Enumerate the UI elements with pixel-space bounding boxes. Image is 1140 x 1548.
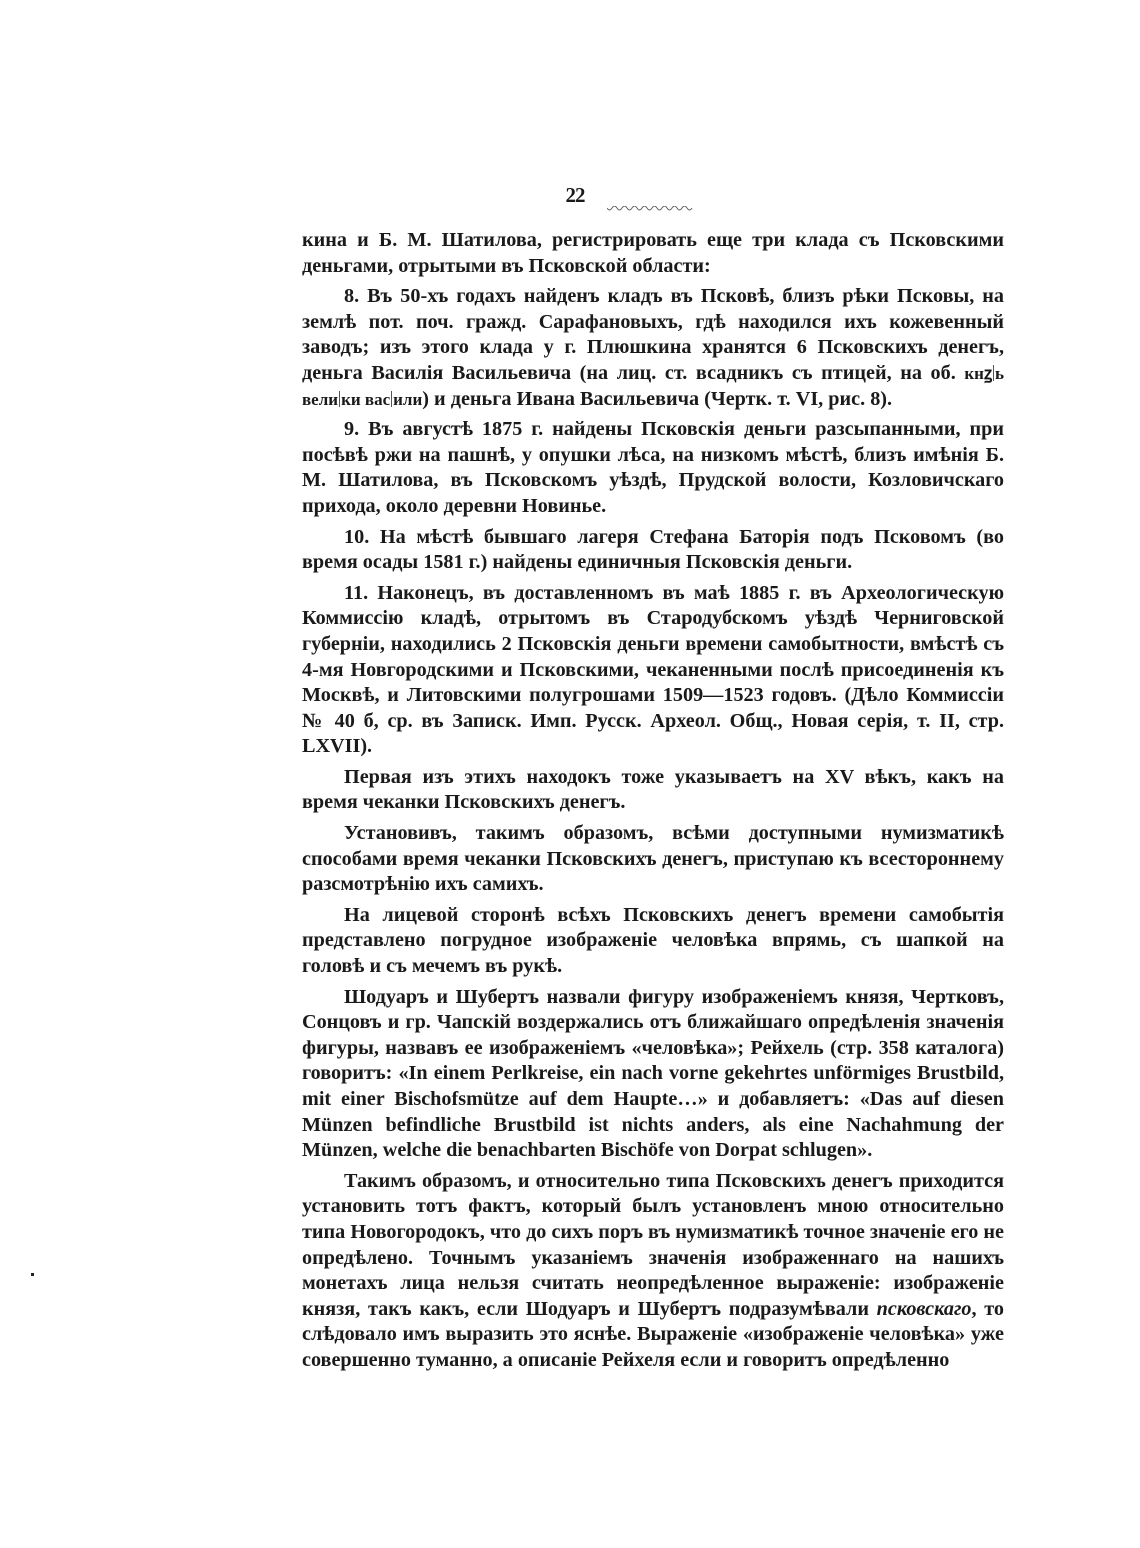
paragraph-find-10: 10. На мѣстѣ бывшаго лагеря Стефана Бато…	[302, 525, 1004, 576]
paragraph-text: ) и деньга Ивана Васильевича (Чертк. т. …	[422, 388, 892, 410]
paragraph-dating-conclusion: Первая изъ этихъ находокъ тоже указывает…	[302, 765, 1004, 816]
paragraph-text: 8. Въ 50-хъ годахъ найденъ кладъ въ Пско…	[302, 285, 1004, 384]
book-page: 22 кина и Б. М. Шатилова, регистрировать…	[0, 0, 1140, 1548]
legend-divider	[391, 391, 392, 407]
page-number: 22	[5, 184, 1140, 206]
paragraph-obverse-description: На лицевой сторонѣ всѣхъ Псковскихъ дене…	[302, 903, 1004, 980]
legend-divider	[993, 365, 994, 381]
paragraph-find-11: 11. Наконецъ, въ доставленномъ въ маѣ 18…	[302, 581, 1004, 760]
legend-divider	[339, 391, 340, 407]
paragraph-continuation: кина и Б. М. Шатилова, регистрировать ещ…	[302, 228, 1004, 279]
body-text: кина и Б. М. Шатилова, регистрировать ещ…	[302, 228, 1004, 1379]
paragraph-find-8: 8. Въ 50-хъ годахъ найденъ кладъ въ Пско…	[302, 284, 1004, 412]
wavy-ornament-icon	[607, 206, 693, 212]
paragraph-type-analysis: Такимъ образомъ, и относительно типа Пск…	[302, 1169, 1004, 1374]
scan-speck	[31, 1273, 34, 1276]
paragraph-method: Установивъ, такимъ образомъ, всѣми досту…	[302, 821, 1004, 898]
italic-emphasis: псковскаго	[877, 1298, 972, 1320]
paragraph-find-9: 9. Въ августѣ 1875 г. найдены Псковскія …	[302, 417, 1004, 519]
paragraph-scholars-opinions: Шодуаръ и Шубертъ назвали фигуру изображ…	[302, 985, 1004, 1164]
